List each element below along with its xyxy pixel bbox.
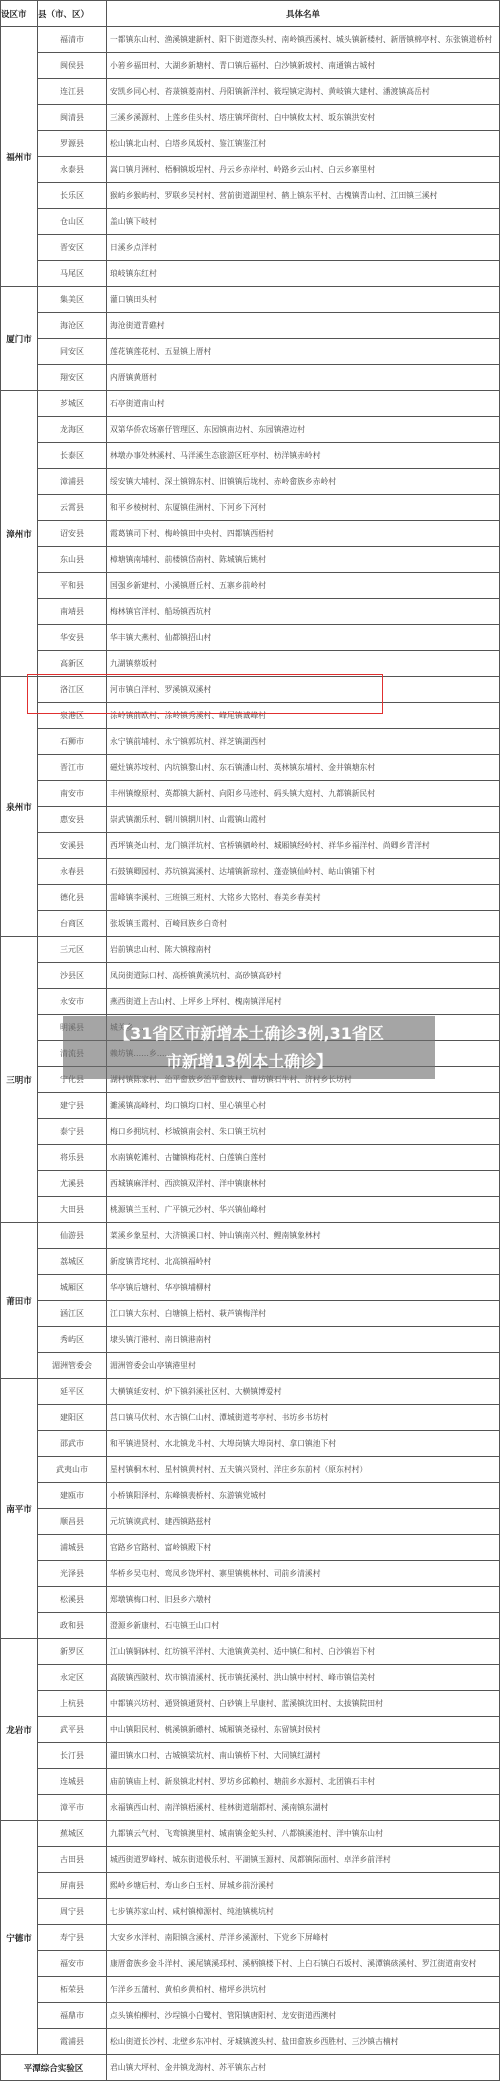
table-row: 福州市福清市一都镇东山村、渔溪镇建新村、阳下街道漈头村、南岭镇西溪村、城头镇新楼…: [1, 27, 500, 53]
table-row: 漳平市永福镇西山村、南洋镇梧溪村、桂林街道瑞都村、溪南镇东湖村: [1, 1795, 500, 1821]
county-cell: 古田县: [38, 1847, 107, 1873]
table-row: 南平市延平区大横镇延安村、炉下镇斜溪社区村、大横镇博爱村: [1, 1379, 500, 1405]
villages-cell: 石鼓镇卿园村、苏坑镇嵩溪村、达埔镇新琼村、蓬壶镇仙岭村、岵山镇铺下村: [107, 859, 500, 885]
county-cell: 晋安区: [38, 235, 107, 261]
county-cell: 浦城县: [38, 1535, 107, 1561]
county-cell: 延平区: [38, 1379, 107, 1405]
villages-cell: 乍洋乡五蒲村、黄柏乡黄柏村、楮坪乡洪坑村: [107, 1977, 500, 2003]
table-row: 光泽县华桥乡吴屯村、鸾凤乡饶坪村、寨里镇桃林村、司前乡清溪村: [1, 1561, 500, 1587]
villages-cell: 燕西街道上吉山村、上坪乡上坪村、槐南镇洋尾村: [107, 989, 500, 1015]
county-cell: 建宁县: [38, 1093, 107, 1119]
county-cell: 永定区: [38, 1665, 107, 1691]
table-row: 顺昌县元坑镇谟武村、建西镇路兹村: [1, 1509, 500, 1535]
county-cell: 湄洲管委会: [38, 1353, 107, 1379]
villages-cell: 猴屿乡猴屿村、罗联乡吴村村、营前街道湖里村、鹤上镇东平村、古槐镇青山村、江田镇三…: [107, 183, 500, 209]
table-row: 柘荣县乍洋乡五蒲村、黄柏乡黄柏村、楮坪乡洪坑村: [1, 1977, 500, 2003]
table-row: 宁德市蕉城区九都镇云气村、飞鸾镇澳里村、城南镇金蛇头村、八都镇溪池村、洋中镇东山…: [1, 1821, 500, 1847]
villages-cell: 湄洲管委会山亭镇港里村: [107, 1353, 500, 1379]
city-cell: 龙岩市: [1, 1639, 38, 1821]
villages-cell: 桃源镇兰玉村、广平镇元沙村、华兴镇仙峰村: [107, 1197, 500, 1223]
villages-cell: 海沧街道青礁村: [107, 313, 500, 339]
county-cell: 闽侯县: [38, 53, 107, 79]
table-row: 罗源县松山镇北山村、白塔乡凤坂村、鉴江镇鉴江村: [1, 131, 500, 157]
county-cell: 南靖县: [38, 599, 107, 625]
table-row: 永安市燕西街道上吉山村、上坪乡上坪村、槐南镇洋尾村: [1, 989, 500, 1015]
county-cell: 三元区: [38, 937, 107, 963]
villages-cell: 西城镇麻洋村、西滨镇双洋村、洋中镇康林村: [107, 1171, 500, 1197]
villages-cell: 九都镇云气村、飞鸾镇澳里村、城南镇金蛇头村、八都镇溪池村、洋中镇东山村: [107, 1821, 500, 1847]
villages-cell: 雷峰镇李溪村、三班镇三班村、大铭乡大铭村、春美乡春美村: [107, 885, 500, 911]
villages-cell: 中都镇兴坊村、通贤镇通贤村、白砂镇上早康村、蓝溪镇沈田村、太拔镇院田村: [107, 1691, 500, 1717]
table-row: 泰宁县梅口乡拥坑村、杉城镇南会村、朱口镇王坑村: [1, 1119, 500, 1145]
county-cell: 政和县: [38, 1613, 107, 1639]
county-cell: 新罗区: [38, 1639, 107, 1665]
villages-cell: 江山镇铜砵村、红坊镇平洋村、大池镇黄美村、适中镇仁和村、白沙镇岩下村: [107, 1639, 500, 1665]
county-cell: 福鼎市: [38, 2003, 107, 2029]
villages-cell: 君山镇大坪村、金井镇龙海村、苏平镇东占村: [107, 2055, 500, 2081]
villages-cell: 涂岭镇前欧村、涂岭镇秀溪村、峰尾镇诚峰村: [107, 703, 500, 729]
county-cell: 泉港区: [38, 703, 107, 729]
table-row: 尤溪县西城镇麻洋村、西滨镇双洋村、洋中镇康林村: [1, 1171, 500, 1197]
city-cell: 泉州市: [1, 677, 38, 937]
villages-cell: 大横镇延安村、炉下镇斜溪社区村、大横镇博爱村: [107, 1379, 500, 1405]
villages-cell: 凤岗街道际口村、高桥镇黄溪坑村、高砂镇高砂村: [107, 963, 500, 989]
table-row: 周宁县七步镇苏家山村、咸村镇樟源村、纯池镇桃坑村: [1, 1899, 500, 1925]
table-row: 德化县雷峰镇李溪村、三班镇三班村、大铭乡大铭村、春美乡春美村: [1, 885, 500, 911]
villages-cell: 熙岭乡塘后村、寿山乡白玉村、屏城乡前汾溪村: [107, 1873, 500, 1899]
villages-cell: 永宁镇前埔村、永宁镇郭坑村、祥芝镇湖西村: [107, 729, 500, 755]
county-cell: 海沧区: [38, 313, 107, 339]
table-row: 长乐区猴屿乡猴屿村、罗联乡吴村村、营前街道湖里村、鹤上镇东平村、古槐镇青山村、江…: [1, 183, 500, 209]
county-cell: 东山县: [38, 547, 107, 573]
table-row: 龙岩市新罗区江山镇铜砵村、红坊镇平洋村、大池镇黄美村、适中镇仁和村、白沙镇岩下村: [1, 1639, 500, 1665]
table-row: 秀屿区埭头镇汀港村、南日镇港南村: [1, 1327, 500, 1353]
villages-cell: 琅岐镇东红村: [107, 261, 500, 287]
county-cell: 蕉城区: [38, 1821, 107, 1847]
villages-cell: 和平镇进贤村、水北镇龙斗村、大埠岗镇大埠岗村、拿口镇池下村: [107, 1431, 500, 1457]
county-cell: 长乐区: [38, 183, 107, 209]
county-cell: 顺昌县: [38, 1509, 107, 1535]
villages-cell: 小箬乡福田村、大湖乡新塘村、青口镇后福村、白沙镇新坡村、南通镇古城村: [107, 53, 500, 79]
villages-cell: 内厝镇黄厝村: [107, 365, 500, 391]
villages-cell: 水南镇乾滩村、古镛镇梅花村、白莲镇白莲村: [107, 1145, 500, 1171]
county-cell: 洛江区: [38, 677, 107, 703]
banner-line-1: 【31省区市新增本土确诊3例,31省区: [63, 1020, 435, 1048]
city-cell: 福州市: [1, 27, 38, 287]
villages-cell: 莒口镇马伏村、水吉镇仁山村、潭城街道考亭村、书坊乡书坊村: [107, 1405, 500, 1431]
villages-cell: 新度镇青垞村、北高镇福岭村: [107, 1249, 500, 1275]
table-row: 漳州市芗城区石亭街道南山村: [1, 391, 500, 417]
villages-cell: 点头镇柏柳村、沙埕镇小白鹭村、管阳镇唐阳村、龙安街道西澳村: [107, 2003, 500, 2029]
city-cell: 三明市: [1, 937, 38, 1223]
table-row: 泉港区涂岭镇前欧村、涂岭镇秀溪村、峰尾镇诚峰村: [1, 703, 500, 729]
villages-cell: 郑墩镇梅口村、旧县乡六墩村: [107, 1587, 500, 1613]
county-cell: 沙县区: [38, 963, 107, 989]
villages-cell: 国强乡新建村、小溪镇厝丘村、五寨乡前岭村: [107, 573, 500, 599]
county-cell: 柘荣县: [38, 1977, 107, 2003]
table-row: 屏南县熙岭乡塘后村、寿山乡白玉村、屏城乡前汾溪村: [1, 1873, 500, 1899]
villages-cell: 石亭街道南山村: [107, 391, 500, 417]
table-row: 将乐县水南镇乾滩村、古镛镇梅花村、白莲镇白莲村: [1, 1145, 500, 1171]
table-row: 晋安区日溪乡点洋村: [1, 235, 500, 261]
county-cell: 晋江市: [38, 755, 107, 781]
table-row: 霞浦县松山街道长沙村、北壁乡东冲村、牙城镇渡头村、盐田畲族乡西胜村、三沙镇古楠村: [1, 2029, 500, 2055]
table-row: 长泰区林墩办事处林溪村、马洋溪生态旅游区旺亭村、枋洋镇赤岭村: [1, 443, 500, 469]
villages-cell: 丰州镇燎原村、英都镇大新村、向阳乡马迹村、码头镇大庭村、九都镇新民村: [107, 781, 500, 807]
villages-cell: 元坑镇谟武村、建西镇路兹村: [107, 1509, 500, 1535]
table-row: 长汀县濯田镇水口村、古城镇梁坑村、南山镇桥下村、大同镇红湖村: [1, 1743, 500, 1769]
table-row: 永春县石鼓镇卿园村、苏坑镇嵩溪村、达埔镇新琼村、蓬壶镇仙岭村、岵山镇铺下村: [1, 859, 500, 885]
villages-cell: 江口镇大东村、白塘镇上梧村、萩芦镇梅洋村: [107, 1301, 500, 1327]
table-row: 同安区莲花镇莲花村、五显镇上厝村: [1, 339, 500, 365]
county-cell: 福清市: [38, 27, 107, 53]
villages-cell: 三溪乡溪源村、上莲乡佳头村、塔庄镇坪街村、白中镇攸太村、坂东镇洪安村: [107, 105, 500, 131]
villages-cell: 西坪镇尧山村、龙门镇洋坑村、官桥镇驷岭村、城厢镇经岭村、祥华乡福洋村、尚卿乡青洋…: [107, 833, 500, 859]
villages-cell: 绥安镇大埔村、深土镇锦东村、旧镇镇后垅村、赤岭畲族乡赤岭村: [107, 469, 500, 495]
villages-cell: 埭头镇汀港村、南日镇港南村: [107, 1327, 500, 1353]
county-cell: 平和县: [38, 573, 107, 599]
county-cell: 马尾区: [38, 261, 107, 287]
villages-cell: 华丰镇大燕村、仙都镇招山村: [107, 625, 500, 651]
table-row: 安溪县西坪镇尧山村、龙门镇洋坑村、官桥镇驷岭村、城厢镇经岭村、祥华乡福洋村、尚卿…: [1, 833, 500, 859]
villages-cell: 安凯乡同心村、苔菉镇菱南村、丹阳镇新洋村、筱埕镇定海村、黄岐镇大建村、潘渡镇高岳…: [107, 79, 500, 105]
county-cell: 福安市: [38, 1951, 107, 1977]
villages-cell: 磁灶镇苏垵村、内坑镇黎山村、东石镇潘山村、英林镇东埔村、金井镇塘东村: [107, 755, 500, 781]
county-cell: 同安区: [38, 339, 107, 365]
table-row: 建宁县濉溪镇高峰村、均口镇均口村、里心镇里心村: [1, 1093, 500, 1119]
city-cell: 南平市: [1, 1379, 38, 1639]
villages-cell: 永福镇西山村、南洋镇梧溪村、桂林街道瑞都村、溪南镇东湖村: [107, 1795, 500, 1821]
county-cell: 霞浦县: [38, 2029, 107, 2055]
table-row: 南安市丰州镇燎原村、英都镇大新村、向阳乡马迹村、码头镇大庭村、九都镇新民村: [1, 781, 500, 807]
county-cell: 尤溪县: [38, 1171, 107, 1197]
villages-cell: 松山街道长沙村、北壁乡东冲村、牙城镇渡头村、盐田畲族乡西胜村、三沙镇古楠村: [107, 2029, 500, 2055]
table-row: 莆田市仙游县菜溪乡象星村、大济镇溪口村、钟山镇南兴村、鲤南镇象林村: [1, 1223, 500, 1249]
table-row: 沙县区凤岗街道际口村、高桥镇黄溪坑村、高砂镇高砂村: [1, 963, 500, 989]
table-row: 荔城区新度镇青垞村、北高镇福岭村: [1, 1249, 500, 1275]
table-row: 连城县庙前镇庙上村、新泉镇北村村、罗坊乡邱赖村、塘前乡水源村、北团镇石丰村: [1, 1769, 500, 1795]
villages-cell: 日溪乡点洋村: [107, 235, 500, 261]
county-cell: 荔城区: [38, 1249, 107, 1275]
county-cell: 翔安区: [38, 365, 107, 391]
table-row: 闽侯县小箬乡福田村、大湖乡新塘村、青口镇后福村、白沙镇新坡村、南通镇古城村: [1, 53, 500, 79]
overlay-banner: 【31省区市新增本土确诊3例,31省区 市新增13例本土确诊】: [63, 1016, 435, 1079]
table-row: 晋江市磁灶镇苏垵村、内坑镇黎山村、东石镇潘山村、英林镇东埔村、金井镇塘东村: [1, 755, 500, 781]
villages-cell: 嵩口镇月洲村、梧桐镇坂埕村、丹云乡赤岸村、岭路乡云山村、白云乡寨里村: [107, 157, 500, 183]
villages-cell: 华桥乡吴屯村、鸾凤乡饶坪村、寨里镇桃林村、司前乡清溪村: [107, 1561, 500, 1587]
villages-cell: 濉溪镇高峰村、均口镇均口村、里心镇里心村: [107, 1093, 500, 1119]
county-cell: 寿宁县: [38, 1925, 107, 1951]
county-cell: 松溪县: [38, 1587, 107, 1613]
table-row: 涵江区江口镇大东村、白塘镇上梧村、萩芦镇梅洋村: [1, 1301, 500, 1327]
header-list: 具体名单: [107, 1, 500, 27]
county-cell: 涵江区: [38, 1301, 107, 1327]
table-row: 城厢区华亭镇后塘村、华亭镇埔柳村: [1, 1275, 500, 1301]
county-cell: 龙海区: [38, 417, 107, 443]
villages-cell: 中山镇阳民村、桃溪镇新礤村、城厢镇尧禄村、东留镇封侯村: [107, 1717, 500, 1743]
table-row: 龙海区双第华侨农场寨仔管理区、东园镇南边村、东园镇港边村: [1, 417, 500, 443]
villages-cell: 一都镇东山村、渔溪镇建新村、阳下街道漈头村、南岭镇西溪村、城头镇新楼村、新厝镇棉…: [107, 27, 500, 53]
villages-cell: 崇武镇潮乐村、辋川镇辋川村、山霞镇山霞村: [107, 807, 500, 833]
table-row: 三明市三元区岩前镇忠山村、陈大镇稼南村: [1, 937, 500, 963]
villages-cell: 七步镇苏家山村、咸村镇樟源村、纯池镇桃坑村: [107, 1899, 500, 1925]
villages-cell: 澄源乡新康村、石屯镇王山口村: [107, 1613, 500, 1639]
county-cell: 南安市: [38, 781, 107, 807]
table-row: 松溪县郑墩镇梅口村、旧县乡六墩村: [1, 1587, 500, 1613]
county-cell: 永春县: [38, 859, 107, 885]
villages-cell: 小桥镇阳泽村、东峰镇裴桥村、东游镇党城村: [107, 1483, 500, 1509]
table-row: 漳浦县绥安镇大埔村、深土镇锦东村、旧镇镇后垅村、赤岭畲族乡赤岭村: [1, 469, 500, 495]
table-row: 东山县樟塘镇南埔村、前楼镇岱南村、陈城镇后姚村: [1, 547, 500, 573]
villages-cell: 樟塘镇南埔村、前楼镇岱南村、陈城镇后姚村: [107, 547, 500, 573]
county-cell: 长泰区: [38, 443, 107, 469]
county-cell: 德化县: [38, 885, 107, 911]
table-row: 永泰县嵩口镇月洲村、梧桐镇坂埕村、丹云乡赤岸村、岭路乡云山村、白云乡寨里村: [1, 157, 500, 183]
banner-line-2: 市新增13例本土确诊】: [63, 1048, 435, 1076]
table-row: 云霄县和平乡棱树村、东厦镇佳洲村、下河乡下河村: [1, 495, 500, 521]
villages-cell: 庙前镇庙上村、新泉镇北村村、罗坊乡邱赖村、塘前乡水源村、北团镇石丰村: [107, 1769, 500, 1795]
county-cell: 云霄县: [38, 495, 107, 521]
table-row: 浦城县官路乡官路村、富岭镇殿下村: [1, 1535, 500, 1561]
county-cell: 高新区: [38, 651, 107, 677]
villages-cell: 灌口镇田头村: [107, 287, 500, 313]
county-cell: 仙游县: [38, 1223, 107, 1249]
county-cell: 将乐县: [38, 1145, 107, 1171]
table-row: 平和县国强乡新建村、小溪镇厝丘村、五寨乡前岭村: [1, 573, 500, 599]
villages-cell: 濯田镇水口村、古城镇梁坑村、南山镇桥下村、大同镇红湖村: [107, 1743, 500, 1769]
table-row: 泉州市洛江区河市镇白洋村、罗溪镇双溪村: [1, 677, 500, 703]
villages-cell: 高陂镇西陂村、坎市镇清溪村、抚市镇抚溪村、洪山镇中村村、峰市镇信美村: [107, 1665, 500, 1691]
city-cell: 宁德市: [1, 1821, 38, 2055]
table-row: 台商区张坂镇玉霞村、百崎回族乡白奇村: [1, 911, 500, 937]
county-cell: 诏安县: [38, 521, 107, 547]
county-cell: 武平县: [38, 1717, 107, 1743]
table-row: 寿宁县大安乡水洋村、南阳镇含溪村、芹洋乡溪源村、下党乡下屏峰村: [1, 1925, 500, 1951]
table-row: 华安县华丰镇大燕村、仙都镇招山村: [1, 625, 500, 651]
county-cell: 武夷山市: [38, 1457, 107, 1483]
villages-cell: 盖山镇下岐村: [107, 209, 500, 235]
table-row: 上杭县中都镇兴坊村、通贤镇通贤村、白砂镇上早康村、蓝溪镇沈田村、太拔镇院田村: [1, 1691, 500, 1717]
county-cell: 光泽县: [38, 1561, 107, 1587]
city-cell: 漳州市: [1, 391, 38, 677]
county-cell: 安溪县: [38, 833, 107, 859]
table-row: 古田县城西街道罗峰村、城东街道极乐村、平湖镇玉源村、凤都镇际面村、卓洋乡前洋村: [1, 1847, 500, 1873]
table-row: 武平县中山镇阳民村、桃溪镇新礤村、城厢镇尧禄村、东留镇封侯村: [1, 1717, 500, 1743]
county-cell: 连江县: [38, 79, 107, 105]
table-row: 武夷山市星村镇桐木村、星村镇黄村村、五夫镇兴贤村、洋庄乡东前村（原东村村）: [1, 1457, 500, 1483]
county-cell: 邵武市: [38, 1431, 107, 1457]
villages-cell: 城西街道罗峰村、城东街道极乐村、平湖镇玉源村、凤都镇际面村、卓洋乡前洋村: [107, 1847, 500, 1873]
villages-cell: 松山镇北山村、白塔乡凤坂村、鉴江镇鉴江村: [107, 131, 500, 157]
table-row: 福安市康厝畲族乡金斗洋村、溪尾镇溪邳村、溪柄镇楼下村、上白石镇白石坂村、溪潭镇硋…: [1, 1951, 500, 1977]
villages-cell: 官路乡官路村、富岭镇殿下村: [107, 1535, 500, 1561]
table-row: 惠安县崇武镇潮乐村、辋川镇辋川村、山霞镇山霞村: [1, 807, 500, 833]
table-row: 闽清县三溪乡溪源村、上莲乡佳头村、塔庄镇坪街村、白中镇攸太村、坂东镇洪安村: [1, 105, 500, 131]
table-row: 建瓯市小桥镇阳泽村、东峰镇裴桥村、东游镇党城村: [1, 1483, 500, 1509]
county-cell: 集美区: [38, 287, 107, 313]
table-row-special: 平潭综合实验区君山镇大坪村、金井镇龙海村、苏平镇东占村: [1, 2055, 500, 2081]
special-zone-cell: 平潭综合实验区: [1, 2055, 107, 2081]
table-row: 南靖县梅林镇官洋村、船场镇西坑村: [1, 599, 500, 625]
county-cell: 闽清县: [38, 105, 107, 131]
table-row: 建阳区莒口镇马伏村、水吉镇仁山村、潭城街道考亭村、书坊乡书坊村: [1, 1405, 500, 1431]
county-cell: 石狮市: [38, 729, 107, 755]
county-cell: 上杭县: [38, 1691, 107, 1717]
table-row: 诏安县霞葛镇司下村、梅岭镇田中央村、四都镇西梧村: [1, 521, 500, 547]
table-row: 大田县桃源镇兰玉村、广平镇元沙村、华兴镇仙峰村: [1, 1197, 500, 1223]
table-row: 厦门市集美区灌口镇田头村: [1, 287, 500, 313]
villages-cell: 和平乡棱树村、东厦镇佳洲村、下河乡下河村: [107, 495, 500, 521]
villages-cell: 梅口乡拥坑村、杉城镇南会村、朱口镇王坑村: [107, 1119, 500, 1145]
table-row: 仓山区盖山镇下岐村: [1, 209, 500, 235]
villages-cell: 河市镇白洋村、罗溪镇双溪村: [107, 677, 500, 703]
table-row: 高新区九湖镇蔡坂村: [1, 651, 500, 677]
villages-cell: 康厝畲族乡金斗洋村、溪尾镇溪邳村、溪柄镇楼下村、上白石镇白石坂村、溪潭镇硋溪村、…: [107, 1951, 500, 1977]
villages-cell: 大安乡水洋村、南阳镇含溪村、芹洋乡溪源村、下党乡下屏峰村: [107, 1925, 500, 1951]
county-cell: 永安市: [38, 989, 107, 1015]
county-cell: 台商区: [38, 911, 107, 937]
county-cell: 屏南县: [38, 1873, 107, 1899]
villages-cell: 梅林镇官洋村、船场镇西坑村: [107, 599, 500, 625]
table-header-row: 设区市 县（市、区） 具体名单: [1, 1, 500, 27]
table-row: 石狮市永宁镇前埔村、永宁镇郭坑村、祥芝镇湖西村: [1, 729, 500, 755]
villages-cell: 菜溪乡象星村、大济镇溪口村、钟山镇南兴村、鲤南镇象林村: [107, 1223, 500, 1249]
villages-cell: 岩前镇忠山村、陈大镇稼南村: [107, 937, 500, 963]
county-cell: 建瓯市: [38, 1483, 107, 1509]
county-cell: 连城县: [38, 1769, 107, 1795]
table-row: 政和县澄源乡新康村、石屯镇王山口村: [1, 1613, 500, 1639]
table-row: 马尾区琅岐镇东红村: [1, 261, 500, 287]
county-cell: 漳平市: [38, 1795, 107, 1821]
table-row: 永定区高陂镇西陂村、坎市镇清溪村、抚市镇抚溪村、洪山镇中村村、峰市镇信美村: [1, 1665, 500, 1691]
header-county: 县（市、区）: [38, 1, 107, 27]
villages-cell: 九湖镇蔡坂村: [107, 651, 500, 677]
city-cell: 厦门市: [1, 287, 38, 391]
county-cell: 惠安县: [38, 807, 107, 833]
villages-cell: 张坂镇玉霞村、百崎回族乡白奇村: [107, 911, 500, 937]
county-cell: 建阳区: [38, 1405, 107, 1431]
table-row: 连江县安凯乡同心村、苔菉镇菱南村、丹阳镇新洋村、筱埕镇定海村、黄岐镇大建村、潘渡…: [1, 79, 500, 105]
header-city: 设区市: [1, 1, 38, 27]
county-cell: 秀屿区: [38, 1327, 107, 1353]
county-cell: 长汀县: [38, 1743, 107, 1769]
county-cell: 芗城区: [38, 391, 107, 417]
villages-cell: 双第华侨农场寨仔管理区、东园镇南边村、东园镇港边村: [107, 417, 500, 443]
county-cell: 泰宁县: [38, 1119, 107, 1145]
villages-cell: 星村镇桐木村、星村镇黄村村、五夫镇兴贤村、洋庄乡东前村（原东村村）: [107, 1457, 500, 1483]
city-cell: 莆田市: [1, 1223, 38, 1379]
county-cell: 漳浦县: [38, 469, 107, 495]
villages-cell: 林墩办事处林溪村、马洋溪生态旅游区旺亭村、枋洋镇赤岭村: [107, 443, 500, 469]
county-cell: 仓山区: [38, 209, 107, 235]
county-cell: 大田县: [38, 1197, 107, 1223]
county-cell: 华安县: [38, 625, 107, 651]
county-cell: 城厢区: [38, 1275, 107, 1301]
table-row: 福鼎市点头镇柏柳村、沙埕镇小白鹭村、管阳镇唐阳村、龙安街道西澳村: [1, 2003, 500, 2029]
villages-cell: 霞葛镇司下村、梅岭镇田中央村、四都镇西梧村: [107, 521, 500, 547]
county-cell: 周宁县: [38, 1899, 107, 1925]
villages-cell: 莲花镇莲花村、五显镇上厝村: [107, 339, 500, 365]
table-row: 湄洲管委会湄洲管委会山亭镇港里村: [1, 1353, 500, 1379]
county-cell: 永泰县: [38, 157, 107, 183]
county-cell: 罗源县: [38, 131, 107, 157]
table-row: 翔安区内厝镇黄厝村: [1, 365, 500, 391]
villages-cell: 华亭镇后塘村、华亭镇埔柳村: [107, 1275, 500, 1301]
table-row: 海沧区海沧街道青礁村: [1, 313, 500, 339]
table-row: 邵武市和平镇进贤村、水北镇龙斗村、大埠岗镇大埠岗村、拿口镇池下村: [1, 1431, 500, 1457]
